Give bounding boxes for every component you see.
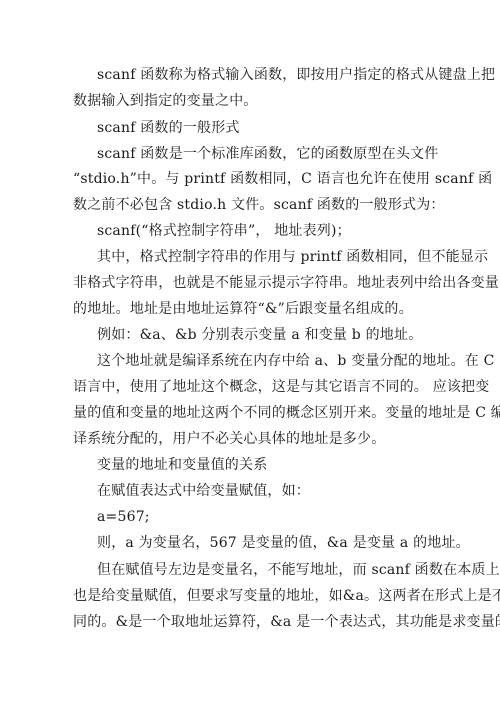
text-line: a=567; <box>97 508 150 526</box>
text-line: 变量的地址和变量值的关系 <box>97 456 267 474</box>
text-line: “stdio.h”中。与 printf 函数相同，C 语言也允许在使用 scan… <box>73 170 492 188</box>
text-line: 也是给变量赋值，但要求写变量的地址，如&a。这两者在形式上是不 <box>73 587 500 605</box>
text-line: 非格式字符串，也就是不能显示提示字符串。地址表列中给出各变量 <box>73 274 499 292</box>
text-line: 量的值和变量的地址这两个不同的概念区别开来。变量的地址是 C 编 <box>73 404 500 422</box>
text-line: 其中，格式控制字符串的作用与 printf 函数相同，但不能显示 <box>97 248 488 266</box>
text-line: 则，a 为变量名，567 是变量的值，&a 是变量 a 的地址。 <box>97 534 470 552</box>
text-line: 的地址。地址是由地址运算符“&”后跟变量名组成的。 <box>73 300 413 318</box>
text-line: scanf 函数的一般形式 <box>97 119 240 137</box>
text-line: scanf 函数称为格式输入函数，即按用户指定的格式从键盘上把 <box>97 66 495 84</box>
text-line: scanf(“格式控制字符串”， 地址表列)； <box>97 222 351 240</box>
text-line: 同的。&是一个取地址运算符，&a 是一个表达式，其功能是求变量的 <box>73 613 500 631</box>
text-line: 数据输入到指定的变量之中。 <box>73 92 258 110</box>
text-line: 例如：&a、&b 分别表示变量 a 和变量 b 的地址。 <box>97 326 422 344</box>
document-page: scanf 函数称为格式输入函数，即按用户指定的格式从键盘上把数据输入到指定的变… <box>0 0 500 708</box>
text-line: scanf 函数是一个标准库函数，它的函数原型在头文件 <box>97 145 438 163</box>
text-line: 语言中，使用了地址这个概念，这是与其它语言不同的。 应该把变 <box>73 378 489 396</box>
text-line: 但在赋值号左边是变量名，不能写地址，而 scanf 函数在本质上 <box>97 561 500 579</box>
text-line: 在赋值表达式中给变量赋值，如： <box>97 482 310 500</box>
text-line: 译系统分配的，用户不必关心具体的地址是多少。 <box>73 430 385 448</box>
text-line: 数之前不必包含 stdio.h 文件。scanf 函数的一般形式为： <box>73 196 445 214</box>
text-line: 这个地址就是编译系统在内存中给 a、b 变量分配的地址。在 C <box>97 352 495 370</box>
